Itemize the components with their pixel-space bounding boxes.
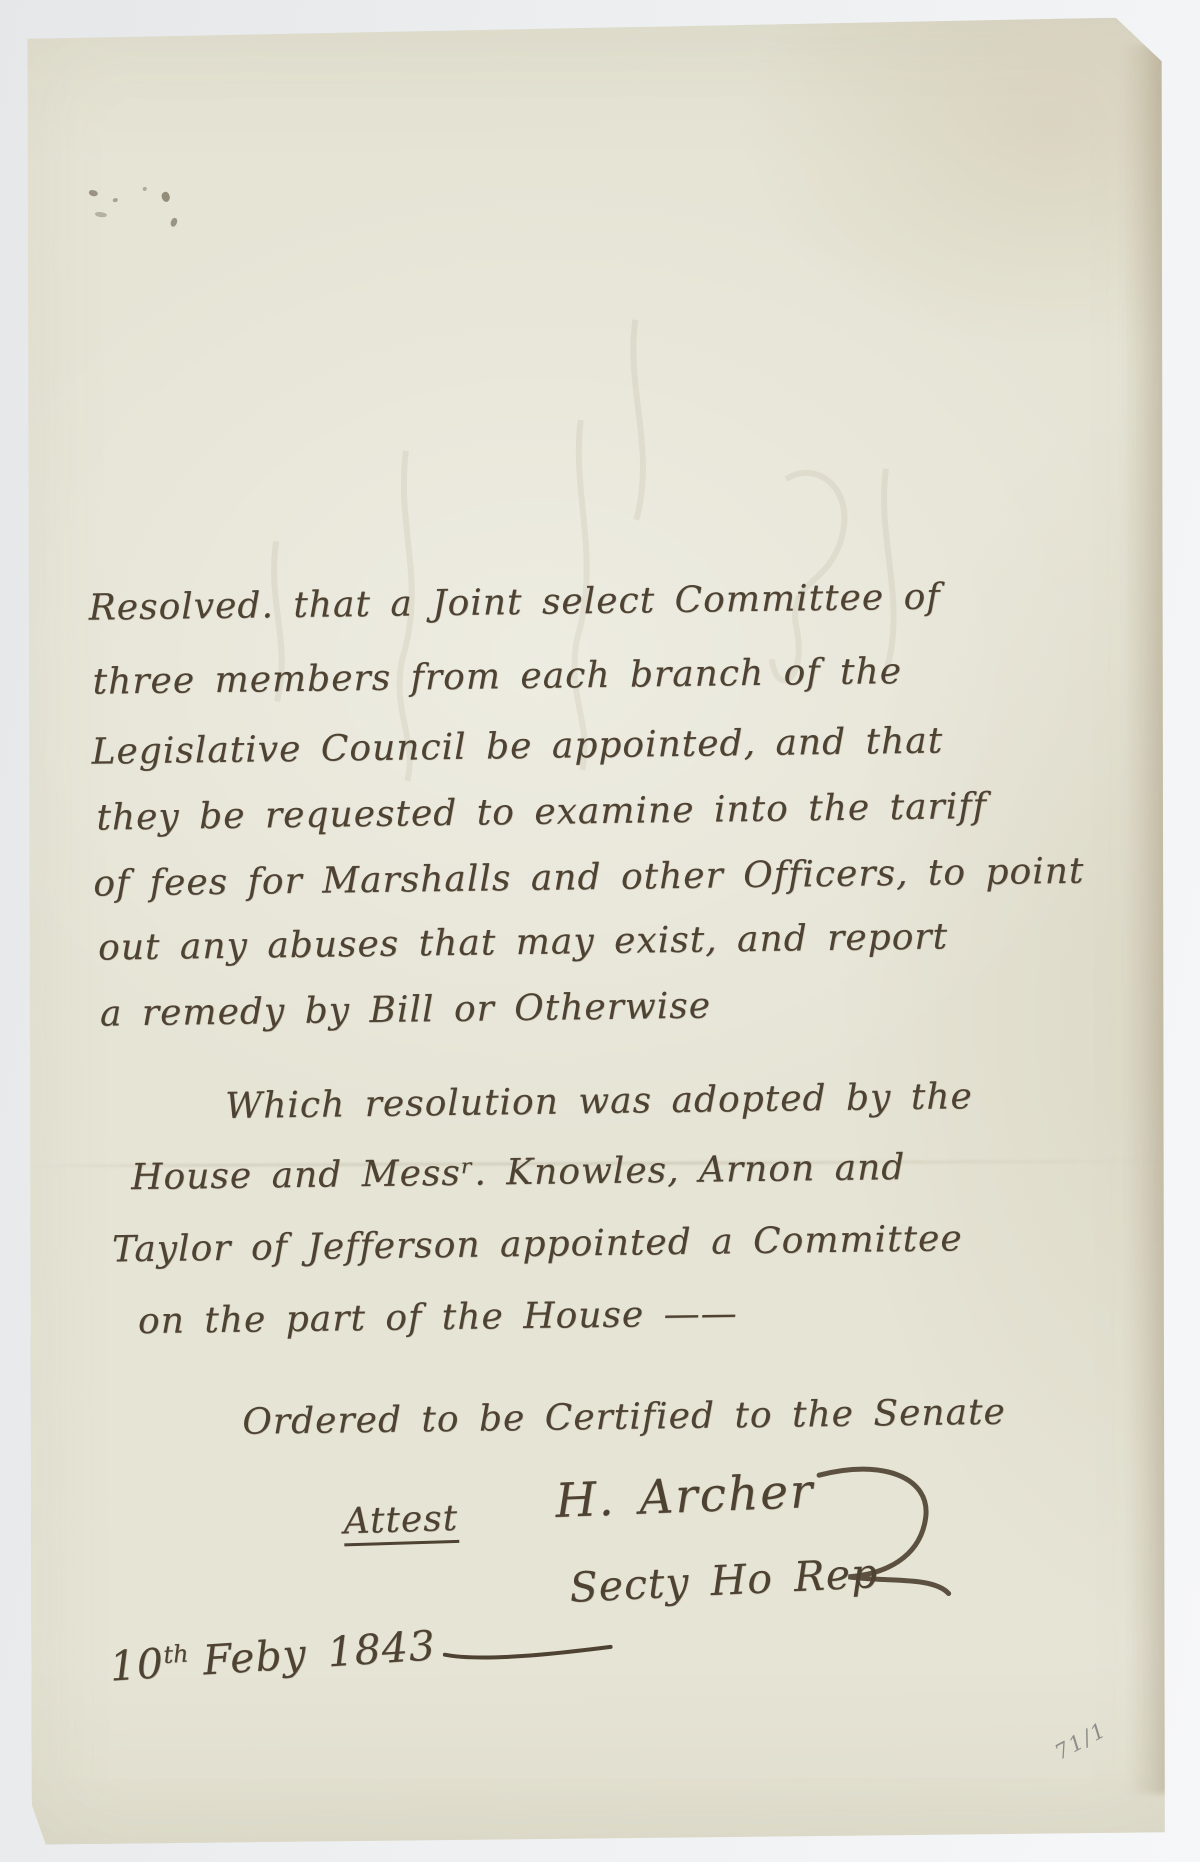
body-line: out any abuses that may exist, and repor… <box>98 917 948 968</box>
date-day: 10 <box>108 1639 165 1690</box>
ink-smudge <box>95 211 108 218</box>
body-line: Taylor of Jefferson appointed a Committe… <box>112 1219 963 1270</box>
body-line: on the part of the House —— <box>138 1294 738 1341</box>
body-line: they be requested to examine into the ta… <box>96 787 987 838</box>
archival-mark: 71/1 <box>1051 1718 1111 1764</box>
manuscript-paper: Resolved. that a Joint select Committee … <box>24 18 1174 1845</box>
ink-smudge <box>88 189 98 198</box>
paper-edge-stain <box>1120 45 1174 1794</box>
body-line: Which resolution was adopted by the <box>225 1077 973 1126</box>
body-line: Legislative Council be appointed, and th… <box>91 722 943 773</box>
ink-smudge <box>170 217 178 227</box>
ink-smudge <box>113 198 118 202</box>
date-line: 10thFeby 1843 <box>108 1612 612 1690</box>
scan-background: Resolved. that a Joint select Committee … <box>0 0 1200 1862</box>
body-line: of fees for Marshalls and other Officers… <box>93 852 1085 905</box>
body-line: House and Messʳ. Knowles, Arnon and <box>131 1148 906 1198</box>
body-line: three members from each branch of the <box>92 652 902 702</box>
date-ordinal: th <box>162 1640 189 1670</box>
ink-smudge <box>143 187 147 191</box>
order-line: Ordered to be Certified to the Senate <box>242 1393 1006 1443</box>
signature-name: H. Archer <box>554 1466 815 1528</box>
body-line: a remedy by Bill or Otherwise <box>100 987 712 1035</box>
ink-smudge <box>160 191 172 203</box>
date-rest: Feby 1843 <box>201 1621 437 1684</box>
signature-flourish <box>813 1455 955 1627</box>
handwritten-body: Resolved. that a Joint select Committee … <box>24 13 1166 28</box>
attest-label: Attest <box>343 1499 459 1546</box>
date-flourish <box>442 1640 613 1665</box>
body-line: Resolved. that a Joint select Committee … <box>88 578 940 629</box>
